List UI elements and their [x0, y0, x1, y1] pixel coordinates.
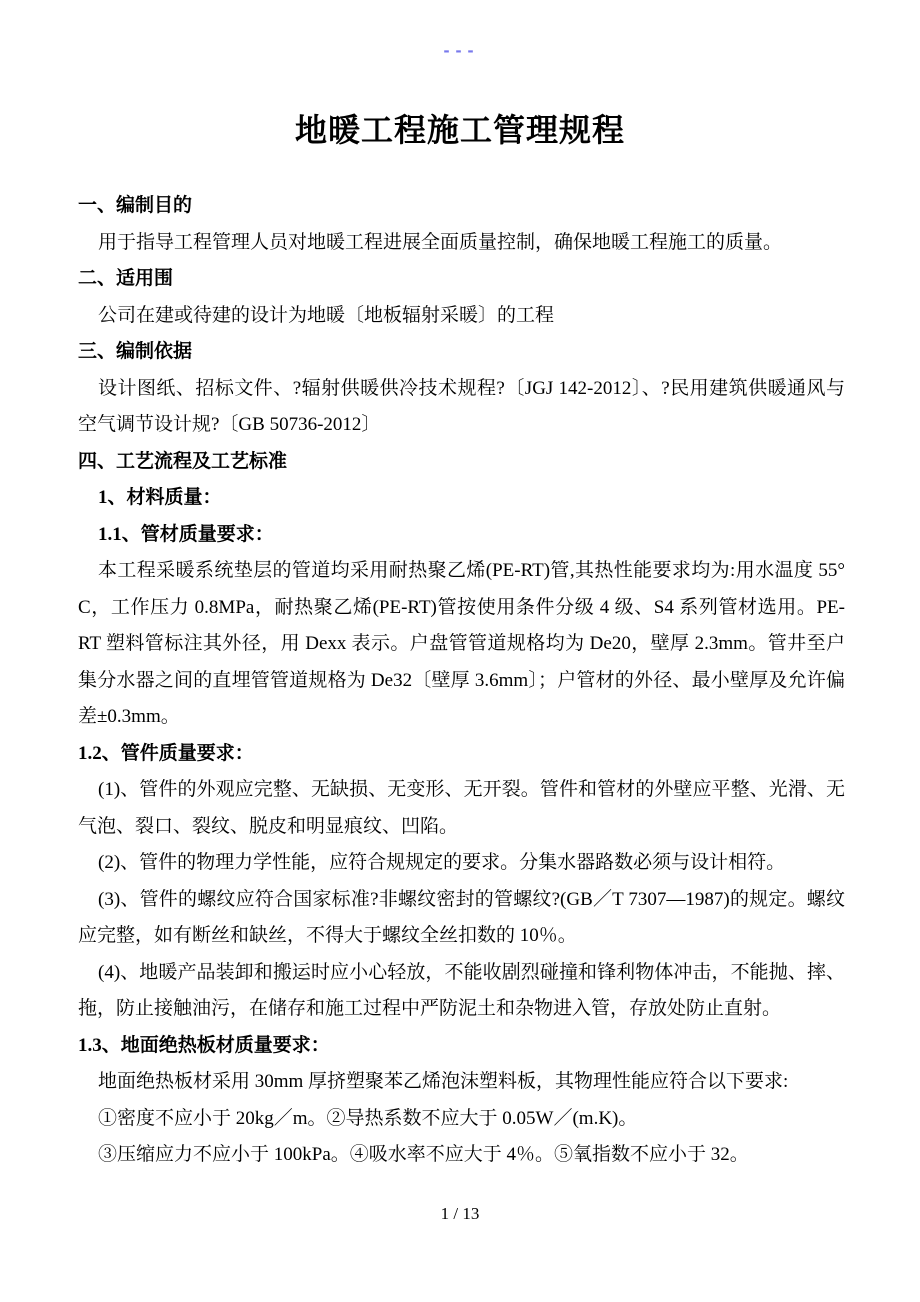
paragraph: 1.2、管件质量要求： — [78, 736, 845, 773]
paragraph: (1)、管件的外观应完整、无缺损、无变形、无开裂。管件和管材的外壁应平整、光滑、… — [78, 772, 845, 845]
header-dashes: --- — [0, 0, 920, 60]
paragraph: 设计图纸、招标文件、?辐射供暖供冷技术规程?〔JGJ 142-2012〕、?民用… — [78, 371, 845, 444]
paragraph: 公司在建或待建的设计为地暖〔地板辐射采暖〕的工程 — [78, 298, 845, 335]
paragraph: 四、工艺流程及工艺标准 — [78, 444, 845, 481]
paragraph: 用于指导工程管理人员对地暖工程进展全面质量控制，确保地暖工程施工的质量。 — [78, 225, 845, 262]
page-title: 地暖工程施工管理规程 — [0, 108, 920, 152]
paragraph: 地面绝热板材采用 30mm 厚挤塑聚苯乙烯泡沫塑料板，其物理性能应符合以下要求: — [78, 1064, 845, 1101]
document-body: 一、编制目的用于指导工程管理人员对地暖工程进展全面质量控制，确保地暖工程施工的质… — [78, 188, 845, 1174]
paragraph: 本工程采暖系统垫层的管道均采用耐热聚乙烯(PE-RT)管,其热性能要求均为:用水… — [78, 553, 845, 736]
paragraph: 二、适用围 — [78, 261, 845, 298]
page-number: 1 / 13 — [0, 1203, 920, 1225]
paragraph: ③压缩应力不应小于 100kPa。④吸水率不应大于 4％。⑤氧指数不应小于 32… — [78, 1137, 845, 1174]
paragraph: (3)、管件的螺纹应符合国家标准?非螺纹密封的管螺纹?(GB／T 7307—19… — [78, 882, 845, 955]
document-page: --- 地暖工程施工管理规程 一、编制目的用于指导工程管理人员对地暖工程进展全面… — [0, 0, 920, 1302]
paragraph: ①密度不应小于 20kg／m。②导热系数不应大于 0.05W／(m.K)。 — [78, 1101, 845, 1138]
paragraph: 1.1、管材质量要求： — [78, 517, 845, 554]
paragraph: 1、材料质量： — [78, 480, 845, 517]
paragraph: (4)、地暖产品装卸和搬运时应小心轻放，不能收剧烈碰撞和锋利物体冲击，不能抛、摔… — [78, 955, 845, 1028]
paragraph: 三、编制依据 — [78, 334, 845, 371]
paragraph: 一、编制目的 — [78, 188, 845, 225]
paragraph: 1.3、地面绝热板材质量要求： — [78, 1028, 845, 1065]
paragraph: (2)、管件的物理力学性能，应符合规规定的要求。分集水器路数必须与设计相符。 — [78, 845, 845, 882]
